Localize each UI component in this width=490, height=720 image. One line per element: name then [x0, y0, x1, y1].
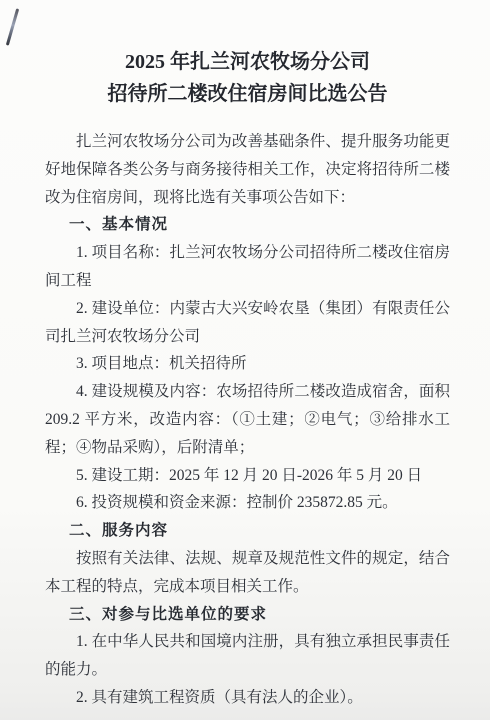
section-3-item-2: 2. 具有建筑工程资质（具有法人的企业）。: [45, 684, 450, 712]
document-title: 2025 年扎兰河农牧场分公司 招待所二楼改住宿房间比选公告: [45, 46, 450, 110]
section-3-heading: 三、对参与比选单位的要求: [45, 601, 450, 629]
section-1-item-5: 5. 建设工期：2025 年 12 月 20 日-2026 年 5 月 20 日: [45, 462, 450, 490]
section-1-item-4: 4. 建设规模及内容：农场招待所二楼改造成宿舍，面积 209.2 平方米，改造内…: [45, 378, 450, 461]
section-3-item-1: 1. 在中华人民共和国境内注册，具有独立承担民事责任的能力。: [45, 628, 450, 684]
title-line-2: 招待所二楼改住宿房间比选公告: [45, 78, 450, 110]
section-1-heading: 一、基本情况: [45, 211, 450, 239]
section-1-item-3: 3. 项目地点：机关招待所: [45, 350, 450, 378]
section-1-item-1: 1. 项目名称：扎兰河农牧场分公司招待所二楼改住宿房间工程: [45, 239, 450, 295]
section-1-item-6: 6. 投资规模和资金来源：控制价 235872.85 元。: [45, 489, 450, 517]
section-2-heading: 二、服务内容: [45, 517, 450, 545]
title-line-1: 2025 年扎兰河农牧场分公司: [45, 46, 450, 78]
section-2-paragraph: 按照有关法律、法规、规章及规范性文件的规定，结合本工程的特点，完成本项目相关工作…: [45, 545, 450, 601]
document-page: 2025 年扎兰河农牧场分公司 招待所二楼改住宿房间比选公告 扎兰河农牧场分公司…: [0, 0, 490, 720]
pen-stroke-mark: [6, 8, 19, 45]
intro-paragraph: 扎兰河农牧场分公司为改善基础条件、提升服务功能更好地保障各类公务与商务接待相关工…: [45, 128, 450, 211]
section-1-item-2: 2. 建设单位：内蒙古大兴安岭农垦（集团）有限责任公司扎兰河农牧场分公司: [45, 295, 450, 351]
